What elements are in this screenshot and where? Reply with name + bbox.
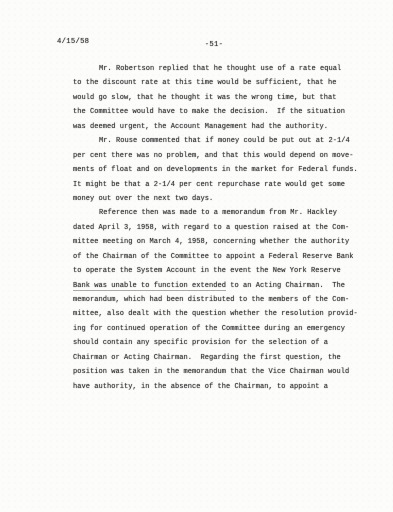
text-line: have authority, in the absence of the Ch…	[73, 380, 363, 394]
text-line: Mr. Robertson replied that he thought us…	[73, 62, 363, 76]
document-body: Mr. Robertson replied that he thought us…	[73, 62, 363, 394]
text-line: of the Chairman of the Committee to appo…	[73, 250, 363, 264]
text-line: would go slow, that he thought it was th…	[73, 91, 363, 105]
document-page: 4/15/58 -51- Mr. Robertson replied that …	[0, 0, 393, 512]
text-line: It might be that a 2-1/4 per cent repurc…	[73, 178, 363, 192]
text-line: position was taken in the memorandum tha…	[73, 365, 363, 379]
text-line-rest: to an Acting Chairman. The	[226, 282, 345, 290]
underlined-phrase: Bank was unable to function extended	[73, 282, 226, 292]
text-line: to the discount rate at this time would …	[73, 76, 363, 90]
text-line: mittee, also dealt with the question whe…	[73, 307, 363, 321]
text-line: ing for continued operation of the Commi…	[73, 322, 363, 336]
text-line: ments of float and on developments in th…	[73, 163, 363, 177]
text-line: was deemed urgent, the Account Managemen…	[73, 120, 363, 134]
text-line: Bank was unable to function extended to …	[73, 279, 363, 293]
text-line: per cent there was no problem, and that …	[73, 149, 363, 163]
page-number: -51-	[205, 41, 223, 49]
text-line: Reference then was made to a memorandum …	[73, 206, 363, 220]
header-date: 4/15/58	[57, 38, 89, 46]
text-line: mittee meeting on March 4, 1958, concern…	[73, 235, 363, 249]
text-line: should contain any specific provision fo…	[73, 336, 363, 350]
text-line: Mr. Rouse commented that if money could …	[73, 134, 363, 148]
text-line: memorandum, which had been distributed t…	[73, 293, 363, 307]
text-line: dated April 3, 1958, with regard to a qu…	[73, 221, 363, 235]
text-line: money out over the next two days.	[73, 192, 363, 206]
text-line: Chairman or Acting Chairman. Regarding t…	[73, 351, 363, 365]
text-line: the Committee would have to make the dec…	[73, 105, 363, 119]
text-line: to operate the System Account in the eve…	[73, 264, 363, 278]
